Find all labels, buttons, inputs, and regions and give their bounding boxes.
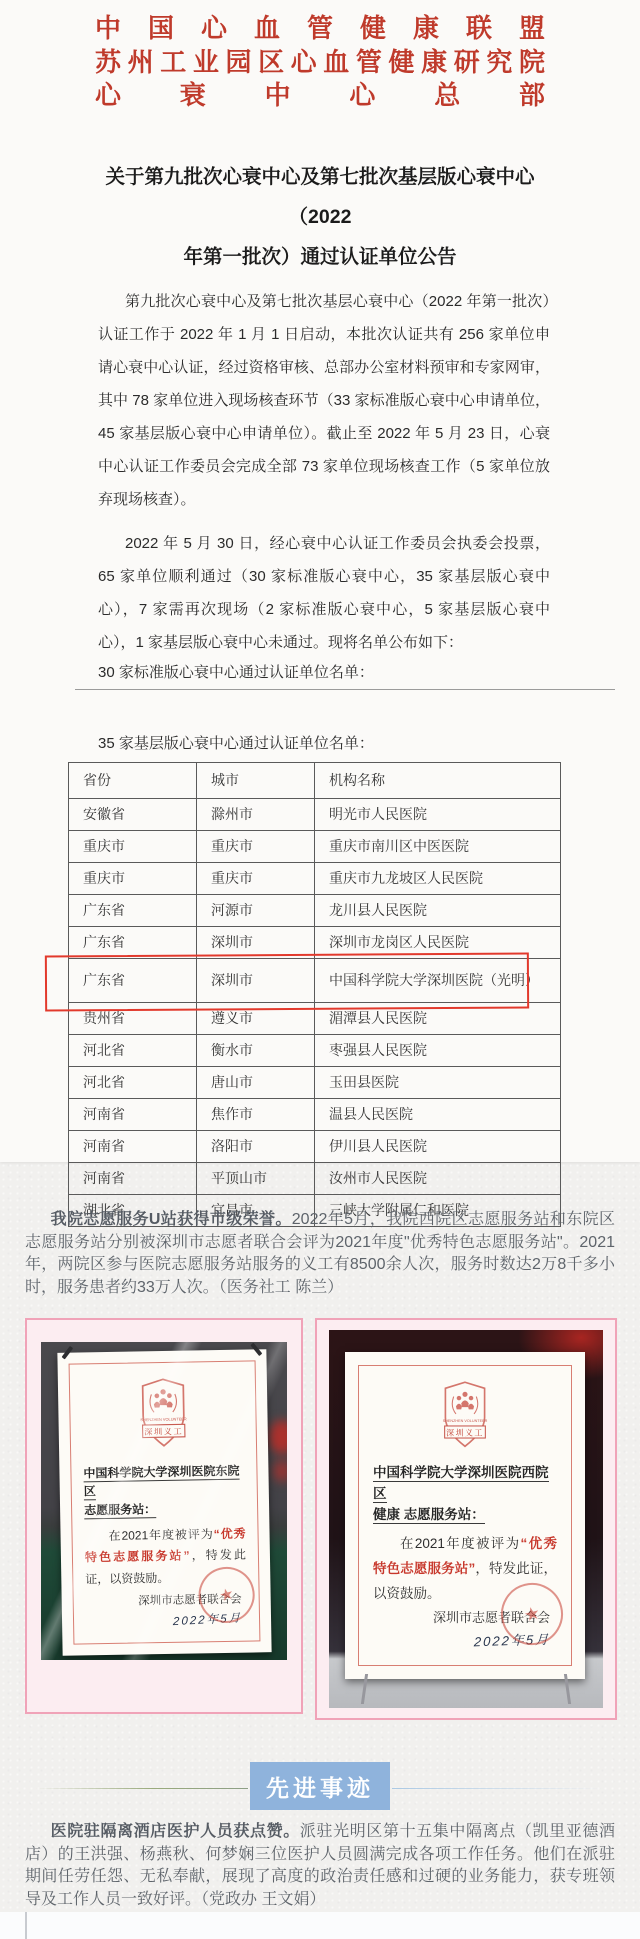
cell-institution: 重庆市九龙坡区人民医院 <box>315 862 561 894</box>
certificate-photo-east[interactable]: SHENZHEN VOLUNTEER 深圳义工 中国科学院大学深圳医院东院区 志… <box>41 1342 287 1660</box>
announcement-paragraph: 2022 年 5 月 30 日，经心衰中心认证工作委员会执委会投票，65 家单位… <box>98 527 550 659</box>
volunteer-news-paragraph: 我院志愿服务U站获得市级荣誉。2022年5月，我院西院区志愿服务站和东院区志愿服… <box>25 1209 615 1299</box>
certificate-citation: 在2021年度被评为“优秀特色志愿服务站”，特发此证，以资鼓励。 <box>84 1523 246 1591</box>
certificate-west: SHENZHEN VOLUNTEER 深圳义工 中国科学院大学深圳医院西院区 健… <box>345 1352 585 1679</box>
shenzhen-volunteer-badge-icon: SHENZHEN VOLUNTEER 深圳义工 <box>436 1380 494 1449</box>
issuer-name: 深圳市志愿者联合会 <box>366 1607 550 1626</box>
table-row: 河南省 平顶山市 汝州市人民医院 <box>69 1162 561 1194</box>
announcement-document-image: 中国心血管健康联盟 苏州工业园区心血管健康研究院 心衰中心总部 关于第九批次心衰… <box>0 0 640 1162</box>
cell-institution: 中国科学院大学深圳医院（光明） <box>315 958 561 1002</box>
certificate-photos: SHENZHEN VOLUNTEER 深圳义工 中国科学院大学深圳医院东院区 志… <box>25 1318 617 1720</box>
table-row: 广东省 河源市 龙川县人民医院 <box>69 894 561 926</box>
cell-province: 重庆市 <box>69 830 197 862</box>
cell-institution: 枣强县人民医院 <box>315 1034 561 1066</box>
cell-province: 贵州省 <box>69 1002 197 1034</box>
announcement-title-line: 年第一批次）通过认证单位公告 <box>80 237 560 277</box>
cell-institution: 明光市人民医院 <box>315 798 561 830</box>
certificate-citation: 在2021年度被评为“优秀特色志愿服务站”，特发此证，以资鼓励。 <box>373 1532 557 1607</box>
announcement-paragraph: 第九批次心衰中心及第七批次基层心衰中心（2022 年第一批次）认证工作于 202… <box>98 285 550 516</box>
table-row: 重庆市 重庆市 重庆市南川区中医医院 <box>69 830 561 862</box>
volunteer-news-lead: 我院志愿服务U站获得市级荣誉。 <box>51 1211 292 1228</box>
certified-units-table: 省份 城市 机构名称 安徽省 滁州市 明光市人民医院 重庆市 重庆市 <box>68 762 560 1227</box>
letterhead-line: 中国心血管健康联盟 <box>95 12 545 46</box>
table-row: 安徽省 滁州市 明光市人民医院 <box>69 798 561 830</box>
svg-text:SHENZHEN VOLUNTEER: SHENZHEN VOLUNTEER <box>443 1419 488 1423</box>
article-page: { "page": {"background": "#f1f0ee"}, "do… <box>0 0 640 1939</box>
cell-city: 深圳市 <box>197 958 315 1002</box>
table-row: 河南省 洛阳市 伊川县人民医院 <box>69 1130 561 1162</box>
cell-city: 重庆市 <box>197 830 315 862</box>
document-divider <box>75 689 615 690</box>
cell-city: 洛阳市 <box>197 1130 315 1162</box>
table-row: 河北省 唐山市 玉田县医院 <box>69 1066 561 1098</box>
table-row: 广东省 深圳市 深圳市龙岗区人民医院 <box>69 926 561 958</box>
certificate-card-west: SHENZHEN VOLUNTEER 深圳义工 中国科学院大学深圳医院西院区 健… <box>315 1318 617 1720</box>
certificate-recipient: 中国科学院大学深圳医院西院区 健康 志愿服务站： <box>373 1463 557 1526</box>
background-blur-blob <box>273 1460 287 1482</box>
cell-institution: 龙川县人民医院 <box>315 894 561 926</box>
cell-province: 广东省 <box>69 894 197 926</box>
section-header-advanced-deeds: 先进事迹 <box>0 1762 640 1822</box>
cell-province: 河北省 <box>69 1066 197 1098</box>
praise-news-paragraph: 医院驻隔离酒店医护人员获点赞。派驻光明区第十五集中隔离点（凯里亚德酒店）的王洪强… <box>25 1821 615 1911</box>
praise-news-lead: 医院驻隔离酒店医护人员获点赞。 <box>51 1823 300 1840</box>
cell-institution: 湄潭县人民医院 <box>315 1002 561 1034</box>
announcement-title: 关于第九批次心衰中心及第七批次基层版心衰中心（2022 年第一批次）通过认证单位… <box>80 157 560 277</box>
table-row: 广东省 深圳市 中国科学院大学深圳医院（光明） <box>69 958 561 1002</box>
column-header-province: 省份 <box>69 762 197 798</box>
announcement-body: 第九批次心衰中心及第七批次基层心衰中心（2022 年第一批次）认证工作于 202… <box>98 285 550 687</box>
cell-province: 安徽省 <box>69 798 197 830</box>
cell-city: 平顶山市 <box>197 1162 315 1194</box>
cell-province: 重庆市 <box>69 862 197 894</box>
cell-city: 焦作市 <box>197 1098 315 1130</box>
cell-province: 河南省 <box>69 1098 197 1130</box>
certificate-recipient: 中国科学院大学深圳医院东院区 志愿服务站： <box>83 1461 245 1520</box>
letterhead-line: 心衰中心总部 <box>95 79 545 113</box>
column-header-institution: 机构名称 <box>315 762 561 798</box>
table-row: 重庆市 重庆市 重庆市九龙坡区人民医院 <box>69 862 561 894</box>
cell-province: 河南省 <box>69 1162 197 1194</box>
certificate-issuer-block: 深圳市志愿者联合会 2022年5月 <box>366 1607 564 1679</box>
cell-province: 广东省 <box>69 958 197 1002</box>
next-image-left-edge <box>25 1912 27 1939</box>
cell-province: 河南省 <box>69 1130 197 1162</box>
section-divider-line-right <box>392 1788 605 1789</box>
background-blur-blob <box>269 1420 287 1454</box>
cell-institution: 玉田县医院 <box>315 1066 561 1098</box>
section-divider-line-left <box>35 1788 248 1789</box>
issue-date: 2022年5月 <box>173 1609 242 1629</box>
cell-city: 重庆市 <box>197 862 315 894</box>
cell-province: 河北省 <box>69 1034 197 1066</box>
cell-institution: 温县人民医院 <box>315 1098 561 1130</box>
cell-city: 衡水市 <box>197 1034 315 1066</box>
certificate-issuer-block: 深圳市志愿者联合会 2022年5月 <box>81 1590 253 1655</box>
cell-city: 河源市 <box>197 894 315 926</box>
cell-institution: 伊川县人民医院 <box>315 1130 561 1162</box>
letterhead-line: 苏州工业园区心血管健康研究院 <box>95 46 545 80</box>
svg-text:深圳义工: 深圳义工 <box>446 1427 484 1437</box>
issue-date: 2022年5月 <box>473 1629 550 1651</box>
table-row: 河南省 焦作市 温县人民医院 <box>69 1098 561 1130</box>
issuer-name: 深圳市志愿者联合会 <box>81 1591 242 1610</box>
announcement-title-line: 关于第九批次心衰中心及第七批次基层版心衰中心（2022 <box>80 157 560 237</box>
cell-city: 唐山市 <box>197 1066 315 1098</box>
alliance-letterhead: 中国心血管健康联盟 苏州工业园区心血管健康研究院 心衰中心总部 <box>95 12 545 113</box>
table-row: 贵州省 遵义市 湄潭县人民医院 <box>69 1002 561 1034</box>
table-header-row: 省份 城市 机构名称 <box>69 762 561 798</box>
standard-list-label: 30 家标准版心衰中心通过认证单位名单： <box>98 659 550 687</box>
cell-institution: 重庆市南川区中医医院 <box>315 830 561 862</box>
shenzhen-volunteer-badge-icon: SHENZHEN VOLUNTEER 深圳义工 <box>137 1377 188 1450</box>
next-image-partial <box>0 1912 640 1939</box>
svg-text:SHENZHEN VOLUNTEER: SHENZHEN VOLUNTEER <box>140 1416 187 1422</box>
table-row: 河北省 衡水市 枣强县人民医院 <box>69 1034 561 1066</box>
cell-city: 滁州市 <box>197 798 315 830</box>
basic-list-label: 35 家基层版心衰中心通过认证单位名单： <box>98 730 640 758</box>
certificate-east: SHENZHEN VOLUNTEER 深圳义工 中国科学院大学深圳医院东院区 志… <box>57 1349 271 1656</box>
column-header-city: 城市 <box>197 762 315 798</box>
section-title-pill: 先进事迹 <box>250 1762 390 1810</box>
certificate-card-east: SHENZHEN VOLUNTEER 深圳义工 中国科学院大学深圳医院东院区 志… <box>25 1318 303 1714</box>
cell-institution: 汝州市人民医院 <box>315 1162 561 1194</box>
svg-text:深圳义工: 深圳义工 <box>144 1426 183 1437</box>
cell-city: 遵义市 <box>197 1002 315 1034</box>
cell-city: 深圳市 <box>197 926 315 958</box>
cell-institution: 深圳市龙岗区人民医院 <box>315 926 561 958</box>
certificate-photo-west[interactable]: SHENZHEN VOLUNTEER 深圳义工 中国科学院大学深圳医院西院区 健… <box>329 1330 603 1708</box>
cell-province: 广东省 <box>69 926 197 958</box>
